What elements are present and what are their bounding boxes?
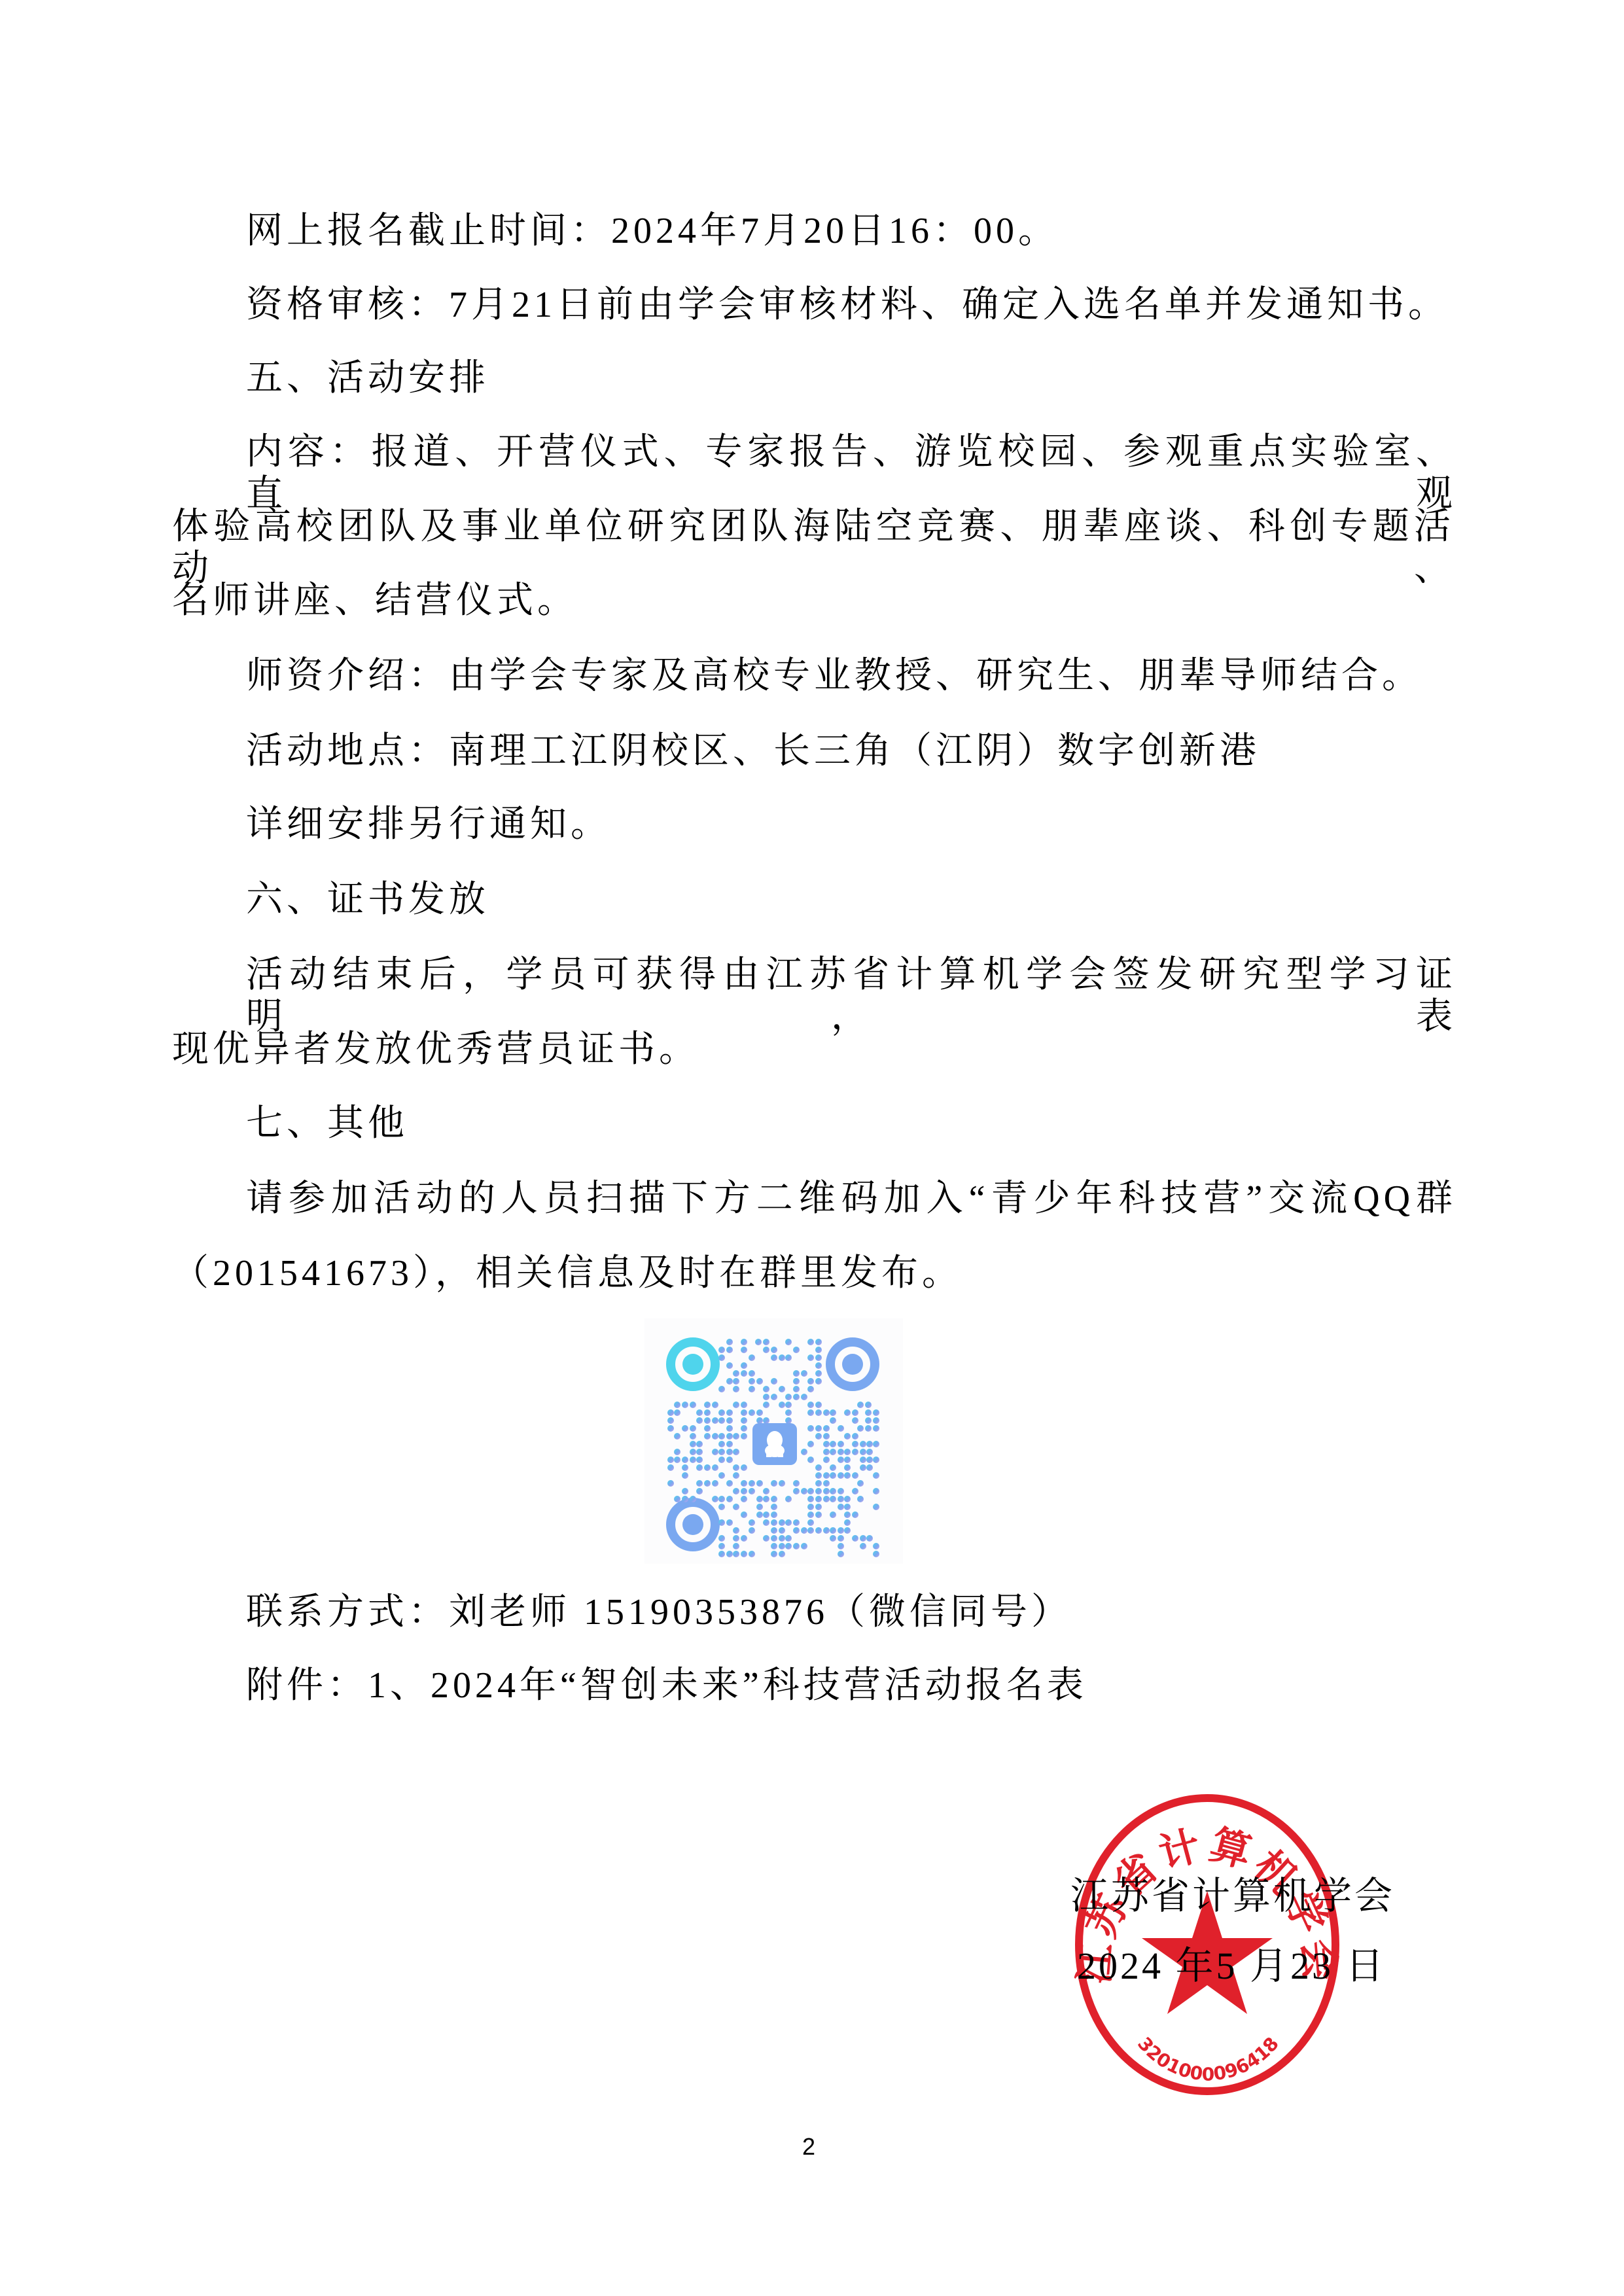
section-heading-6: 六、证书发放 bbox=[246, 879, 1456, 921]
qq-group-qr-code[interactable] bbox=[644, 1318, 903, 1564]
section-heading-7: 七、其他 bbox=[246, 1103, 1456, 1144]
qualification-review: 资格审核：7月21日前由学会审核材料、确定入选名单并发通知书。 bbox=[246, 284, 1456, 326]
qq-group-line-1: 请参加活动的人员扫描下方二维码加入“青少年科技营”交流QQ群 bbox=[246, 1178, 1456, 1220]
certificate-line-1: 活动结束后，学员可获得由江苏省计算机学会签发研究型学习证明，表 bbox=[246, 954, 1456, 1038]
certificate-line-2: 现优异者发放优秀营员证书。 bbox=[172, 1029, 1455, 1070]
contact-info: 联系方式：刘老师 15190353876（微信同号） bbox=[246, 1591, 1456, 1633]
qq-group-line-2: （201541673），相关信息及时在群里发布。 bbox=[172, 1252, 1455, 1294]
qq-penguin-icon bbox=[752, 1423, 797, 1465]
signature-organization: 江苏省计算机学会 bbox=[1070, 1875, 1395, 1917]
signature-date: 2024 年5 月23 日 bbox=[1077, 1945, 1386, 1987]
page-number: 2 bbox=[802, 2133, 815, 2161]
registration-deadline: 网上报名截止时间：2024年7月20日16：00。 bbox=[246, 210, 1456, 252]
content-line-1: 内容：报道、开营仪式、专家报告、游览校园、参观重点实验室、直观 bbox=[246, 431, 1456, 515]
section-heading-5: 五、活动安排 bbox=[246, 357, 1456, 399]
activity-location: 活动地点：南理工江阴校区、长三角（江阴）数字创新港 bbox=[246, 730, 1456, 772]
attachment-line: 附件：1、2024年“智创未来”科技营活动报名表 bbox=[246, 1665, 1456, 1706]
content-line-2: 体验高校团队及事业单位研究团队海陆空竞赛、朋辈座谈、科创专题活动、 bbox=[172, 506, 1455, 590]
details-notice: 详细安排另行通知。 bbox=[246, 804, 1456, 845]
teachers-intro: 师资介绍：由学会专家及高校专业教授、研究生、朋辈导师结合。 bbox=[246, 655, 1456, 697]
content-line-3: 名师讲座、结营仪式。 bbox=[172, 580, 1455, 622]
